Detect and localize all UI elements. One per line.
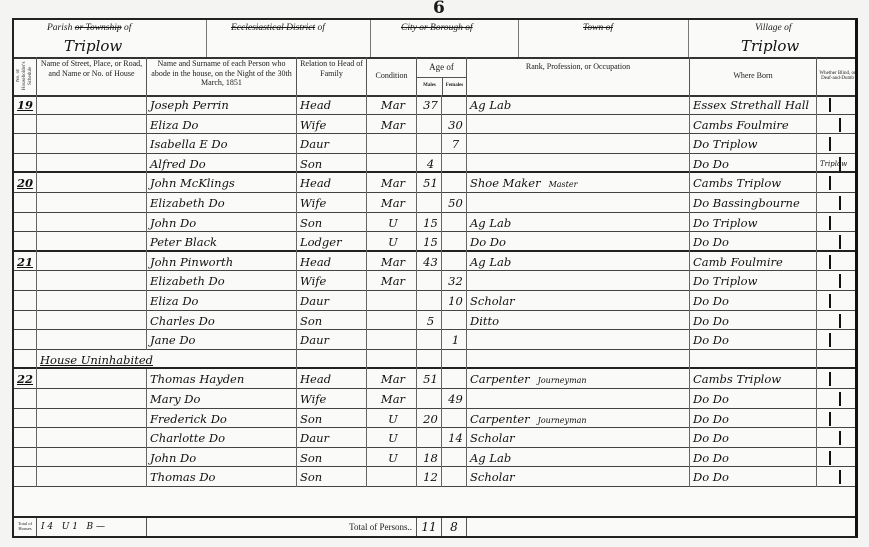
cell-schedule bbox=[14, 428, 37, 448]
cell-condition bbox=[367, 467, 417, 487]
cell-blind: Triplow bbox=[817, 154, 858, 174]
cell-occupation: Scholar bbox=[467, 291, 690, 311]
total-houses-label: Total of Houses bbox=[14, 518, 37, 536]
cell-born: Do Do bbox=[690, 467, 817, 487]
cell-name: Alfred Do bbox=[147, 154, 297, 174]
cell-name: Peter Black bbox=[147, 232, 297, 252]
cell-female bbox=[442, 154, 467, 174]
cell-blind bbox=[817, 409, 858, 429]
cell-male bbox=[417, 271, 442, 291]
cell-relation: Son bbox=[297, 448, 367, 468]
cell-name: Elizabeth Do bbox=[147, 193, 297, 213]
cell-relation: Son bbox=[297, 154, 367, 174]
cell-female: 10 bbox=[442, 291, 467, 311]
cell-male bbox=[417, 115, 442, 135]
cell-relation: Son bbox=[297, 409, 367, 429]
cell-female: 7 bbox=[442, 134, 467, 154]
cell-female bbox=[442, 95, 467, 115]
cell-schedule bbox=[14, 115, 37, 135]
city-cell: City or Borough of bbox=[371, 20, 519, 57]
tally-mark bbox=[839, 235, 841, 249]
cell-occupation: CarpenterJourneyman bbox=[467, 369, 690, 389]
cell-condition bbox=[367, 134, 417, 154]
col-name: Name and Surname of each Person who abod… bbox=[147, 57, 297, 95]
cell-address bbox=[37, 330, 147, 350]
cell-female bbox=[442, 369, 467, 389]
cell-name: Elizabeth Do bbox=[147, 271, 297, 291]
tally-mark bbox=[839, 431, 841, 445]
cell-schedule: 21 bbox=[14, 252, 37, 272]
cell-occupation: CarpenterJourneyman bbox=[467, 409, 690, 429]
person-row: 19Joseph PerrinHeadMar37Ag LabEssex Stre… bbox=[14, 95, 855, 115]
cell-relation: Daur bbox=[297, 291, 367, 311]
village-label: Village of bbox=[755, 23, 792, 33]
cell-address bbox=[37, 291, 147, 311]
tally-mark bbox=[839, 196, 841, 210]
cell-schedule bbox=[14, 330, 37, 350]
cell-blind bbox=[817, 350, 858, 370]
cell-condition: Mar bbox=[367, 115, 417, 135]
person-row: Peter BlackLodgerU15Do DoDo Do bbox=[14, 232, 855, 252]
cell-blind bbox=[817, 311, 858, 331]
houses-inhabited: I 4 bbox=[41, 522, 53, 532]
cell-relation: Daur bbox=[297, 134, 367, 154]
tally-mark bbox=[839, 157, 841, 171]
cell-male bbox=[417, 134, 442, 154]
person-row: 20John McKlingsHeadMar51Shoe MakerMaster… bbox=[14, 173, 855, 193]
houses-uninhabited: U 1 bbox=[62, 522, 78, 532]
cell-born: Do Do bbox=[690, 448, 817, 468]
census-sheet: Parish or Township of Triplow Ecclesiast… bbox=[12, 18, 858, 538]
page-number: 6 bbox=[433, 0, 445, 18]
cell-occupation: Scholar bbox=[467, 428, 690, 448]
person-row: Mary DoWifeMar49Do Do bbox=[14, 389, 855, 409]
parish-struck: or Township bbox=[75, 23, 122, 33]
cell-address bbox=[37, 409, 147, 429]
cell-schedule bbox=[14, 448, 37, 468]
cell-occupation: Ag Lab bbox=[467, 448, 690, 468]
person-row: Eliza DoWifeMar30Cambs Foulmire bbox=[14, 115, 855, 135]
cell-relation: Wife bbox=[297, 115, 367, 135]
header-places: Parish or Township of Triplow Ecclesiast… bbox=[14, 20, 855, 59]
houses-building: B — bbox=[87, 522, 105, 532]
cell-name: Mary Do bbox=[147, 389, 297, 409]
cell-male: 15 bbox=[417, 232, 442, 252]
cell-condition bbox=[367, 350, 417, 370]
town-label: Town of bbox=[583, 23, 613, 33]
cell-female: 50 bbox=[442, 193, 467, 213]
cell-relation: Wife bbox=[297, 271, 367, 291]
cell-address bbox=[37, 311, 147, 331]
cell-male: 43 bbox=[417, 252, 442, 272]
cell-born: Do Triplow bbox=[690, 271, 817, 291]
col-age: Age of Males Females bbox=[417, 57, 467, 95]
cell-schedule bbox=[14, 193, 37, 213]
tally-mark bbox=[829, 412, 831, 426]
cell-blind bbox=[817, 173, 858, 193]
cell-schedule bbox=[14, 350, 37, 370]
person-row: John DoSonU18Ag LabDo Do bbox=[14, 448, 855, 468]
parish-cell: Parish or Township of Triplow bbox=[14, 20, 207, 57]
cell-blind bbox=[817, 448, 858, 468]
cell-occupation: Ag Lab bbox=[467, 95, 690, 115]
cell-address bbox=[37, 115, 147, 135]
cell-male bbox=[417, 330, 442, 350]
cell-male: 4 bbox=[417, 154, 442, 174]
cell-condition: U bbox=[367, 409, 417, 429]
cell-born bbox=[690, 350, 817, 370]
cell-name: Thomas Hayden bbox=[147, 369, 297, 389]
tally-mark bbox=[829, 333, 831, 347]
cell-condition: Mar bbox=[367, 369, 417, 389]
cell-address bbox=[37, 389, 147, 409]
person-row: John DoSonU15Ag LabDo Triplow bbox=[14, 213, 855, 233]
village-cell: Village of Triplow bbox=[689, 20, 860, 57]
cell-blind bbox=[817, 369, 858, 389]
cell-male: 37 bbox=[417, 95, 442, 115]
cell-relation: Wife bbox=[297, 389, 367, 409]
uninhabited-house-row: House Uninhabited bbox=[14, 350, 855, 370]
tally-mark bbox=[829, 137, 831, 151]
cell-female: 1 bbox=[442, 330, 467, 350]
cell-male: 51 bbox=[417, 369, 442, 389]
cell-blind bbox=[817, 291, 858, 311]
cell-relation: Son bbox=[297, 467, 367, 487]
cell-condition bbox=[367, 291, 417, 311]
cell-condition: Mar bbox=[367, 271, 417, 291]
cell-schedule bbox=[14, 232, 37, 252]
col-condition: Condition bbox=[367, 57, 417, 95]
occupation-note: Master bbox=[549, 180, 578, 189]
cell-born: Do Bassingbourne bbox=[690, 193, 817, 213]
cell-condition: Mar bbox=[367, 193, 417, 213]
cell-condition bbox=[367, 330, 417, 350]
cell-born: Do Do bbox=[690, 154, 817, 174]
cell-blind bbox=[817, 95, 858, 115]
cell-occupation bbox=[467, 350, 690, 370]
cell-blind bbox=[817, 213, 858, 233]
cell-female bbox=[442, 213, 467, 233]
totals-row: Total of Houses I 4 U 1 B — Total of Per… bbox=[14, 516, 855, 536]
cell-female bbox=[442, 232, 467, 252]
cell-born: Do Do bbox=[690, 389, 817, 409]
cell-born: Do Do bbox=[690, 409, 817, 429]
person-row: Jane DoDaur1Do Do bbox=[14, 330, 855, 350]
person-row: Elizabeth DoWifeMar32Do Triplow bbox=[14, 271, 855, 291]
person-row: 21John PinworthHeadMar43Ag LabCamb Foulm… bbox=[14, 252, 855, 272]
cell-blind bbox=[817, 271, 858, 291]
cell-condition bbox=[367, 154, 417, 174]
cell-blind bbox=[817, 330, 858, 350]
cell-born: Do Do bbox=[690, 291, 817, 311]
cell-female: 32 bbox=[442, 271, 467, 291]
cell-male: 18 bbox=[417, 448, 442, 468]
cell-born: Cambs Triplow bbox=[690, 173, 817, 193]
cell-schedule: 19 bbox=[14, 95, 37, 115]
cell-born: Cambs Triplow bbox=[690, 369, 817, 389]
cell-schedule bbox=[14, 409, 37, 429]
tally-mark bbox=[839, 392, 841, 406]
total-houses: I 4 U 1 B — bbox=[37, 518, 147, 536]
cell-address bbox=[37, 213, 147, 233]
tally-mark bbox=[829, 294, 831, 308]
cell-address bbox=[37, 134, 147, 154]
col-age-male: Males bbox=[417, 77, 443, 95]
person-row: Charlotte DoDaurU14ScholarDo Do bbox=[14, 428, 855, 448]
tally-mark bbox=[829, 98, 831, 112]
cell-blind bbox=[817, 134, 858, 154]
city-label: City or Borough of bbox=[401, 23, 473, 33]
occupation-note: Journeyman bbox=[538, 376, 587, 385]
cell-relation: Son bbox=[297, 213, 367, 233]
cell-female bbox=[442, 173, 467, 193]
col-occupation: Rank, Profession, or Occupation bbox=[467, 57, 690, 95]
person-row: Frederick DoSonU20CarpenterJourneymanDo … bbox=[14, 409, 855, 429]
cell-female bbox=[442, 409, 467, 429]
cell-relation: Head bbox=[297, 173, 367, 193]
cell-occupation bbox=[467, 154, 690, 174]
cell-condition: Mar bbox=[367, 95, 417, 115]
tally-mark bbox=[839, 274, 841, 288]
cell-male bbox=[417, 389, 442, 409]
cell-occupation bbox=[467, 134, 690, 154]
col-relation: Relation to Head of Family bbox=[297, 57, 367, 95]
cell-address bbox=[37, 232, 147, 252]
cell-male bbox=[417, 428, 442, 448]
cell-condition: Mar bbox=[367, 389, 417, 409]
cell-occupation: Do Do bbox=[467, 232, 690, 252]
cell-address bbox=[37, 154, 147, 174]
cell-name bbox=[147, 350, 297, 370]
cell-male: 5 bbox=[417, 311, 442, 331]
cell-female: 30 bbox=[442, 115, 467, 135]
cell-occupation: Ag Lab bbox=[467, 213, 690, 233]
occupation-note: Journeyman bbox=[538, 416, 587, 425]
cell-female bbox=[442, 311, 467, 331]
ecclesiastical-cell: Ecclesiastical District of bbox=[207, 20, 371, 57]
tally-mark bbox=[829, 372, 831, 386]
cell-name: Frederick Do bbox=[147, 409, 297, 429]
tally-mark bbox=[839, 470, 841, 484]
total-males: 11 bbox=[417, 518, 442, 536]
cell-born: Do Do bbox=[690, 311, 817, 331]
cell-condition: U bbox=[367, 232, 417, 252]
cell-name: Charlotte Do bbox=[147, 428, 297, 448]
cell-female: 49 bbox=[442, 389, 467, 409]
total-females: 8 bbox=[442, 518, 467, 536]
cell-name: Joseph Perrin bbox=[147, 95, 297, 115]
cell-schedule bbox=[14, 134, 37, 154]
col-schedule: No. of Householder's Schedule bbox=[14, 57, 37, 95]
cell-name: John Do bbox=[147, 448, 297, 468]
cell-address bbox=[37, 252, 147, 272]
cell-female bbox=[442, 467, 467, 487]
cell-born: Camb Foulmire bbox=[690, 252, 817, 272]
cell-relation: Head bbox=[297, 369, 367, 389]
cell-schedule: 20 bbox=[14, 173, 37, 193]
town-cell: Town of bbox=[519, 20, 689, 57]
cell-born: Do Do bbox=[690, 330, 817, 350]
person-row: Eliza DoDaur10ScholarDo Do bbox=[14, 291, 855, 311]
cell-born: Do Triplow bbox=[690, 134, 817, 154]
cell-condition: U bbox=[367, 213, 417, 233]
col-where-born: Where Born bbox=[690, 57, 817, 95]
person-row: 22Thomas HaydenHeadMar51CarpenterJourney… bbox=[14, 369, 855, 389]
cell-address bbox=[37, 369, 147, 389]
cell-born: Cambs Foulmire bbox=[690, 115, 817, 135]
column-headers: No. of Householder's Schedule Name of St… bbox=[14, 57, 855, 97]
cell-occupation bbox=[467, 193, 690, 213]
cell-schedule bbox=[14, 271, 37, 291]
cell-relation: Head bbox=[297, 95, 367, 115]
cell-born: Do Do bbox=[690, 428, 817, 448]
cell-male: 20 bbox=[417, 409, 442, 429]
tally-mark bbox=[829, 255, 831, 269]
ecclesiastical-label: Ecclesiastical District bbox=[231, 23, 315, 33]
cell-female: 14 bbox=[442, 428, 467, 448]
cell-name: Eliza Do bbox=[147, 291, 297, 311]
cell-born: Do Do bbox=[690, 232, 817, 252]
cell-male bbox=[417, 350, 442, 370]
cell-female bbox=[442, 350, 467, 370]
cell-blind bbox=[817, 428, 858, 448]
cell-schedule bbox=[14, 213, 37, 233]
cell-occupation: Ditto bbox=[467, 311, 690, 331]
tally-mark bbox=[839, 314, 841, 328]
cell-relation: Daur bbox=[297, 428, 367, 448]
cell-schedule: 22 bbox=[14, 369, 37, 389]
tally-mark bbox=[829, 176, 831, 190]
parish-value: Triplow bbox=[64, 37, 122, 55]
cell-occupation bbox=[467, 330, 690, 350]
cell-occupation bbox=[467, 271, 690, 291]
cell-occupation bbox=[467, 115, 690, 135]
person-row: Elizabeth DoWifeMar50Do Bassingbourne bbox=[14, 193, 855, 213]
cell-relation bbox=[297, 350, 367, 370]
person-row: Thomas DoSon12ScholarDo Do bbox=[14, 467, 855, 487]
person-row: Charles DoSon5DittoDo Do bbox=[14, 311, 855, 331]
cell-name: Eliza Do bbox=[147, 115, 297, 135]
cell-address bbox=[37, 448, 147, 468]
cell-schedule bbox=[14, 311, 37, 331]
cell-occupation bbox=[467, 389, 690, 409]
cell-relation: Lodger bbox=[297, 232, 367, 252]
cell-male: 12 bbox=[417, 467, 442, 487]
cell-address bbox=[37, 193, 147, 213]
cell-blind bbox=[817, 389, 858, 409]
cell-condition: U bbox=[367, 428, 417, 448]
cell-occupation: Ag Lab bbox=[467, 252, 690, 272]
cell-address bbox=[37, 428, 147, 448]
cell-female bbox=[442, 252, 467, 272]
cell-occupation: Scholar bbox=[467, 467, 690, 487]
cell-occupation: Shoe MakerMaster bbox=[467, 173, 690, 193]
cell-male bbox=[417, 193, 442, 213]
cell-male bbox=[417, 291, 442, 311]
cell-name: John McKlings bbox=[147, 173, 297, 193]
cell-schedule bbox=[14, 291, 37, 311]
cell-born: Do Triplow bbox=[690, 213, 817, 233]
cell-condition: Mar bbox=[367, 173, 417, 193]
cell-blind bbox=[817, 193, 858, 213]
cell-condition: U bbox=[367, 448, 417, 468]
cell-schedule bbox=[14, 389, 37, 409]
cell-male: 15 bbox=[417, 213, 442, 233]
cell-name: Thomas Do bbox=[147, 467, 297, 487]
cell-name: Jane Do bbox=[147, 330, 297, 350]
tally-mark bbox=[829, 451, 831, 465]
cell-name: John Pinworth bbox=[147, 252, 297, 272]
person-row: Isabella E DoDaur7Do Triplow bbox=[14, 134, 855, 154]
village-value: Triplow bbox=[741, 37, 799, 55]
cell-condition bbox=[367, 311, 417, 331]
cell-name: Isabella E Do bbox=[147, 134, 297, 154]
parish-label: Parish bbox=[47, 23, 72, 33]
tally-mark bbox=[839, 118, 841, 132]
cell-address bbox=[37, 467, 147, 487]
cell-blind bbox=[817, 252, 858, 272]
cell-blind bbox=[817, 115, 858, 135]
cell-male: 51 bbox=[417, 173, 442, 193]
tally-mark bbox=[829, 216, 831, 230]
col-blind: Whether Blind, or Deaf-and-Dumb bbox=[817, 57, 858, 95]
col-age-female: Females bbox=[442, 77, 467, 95]
cell-blind bbox=[817, 467, 858, 487]
cell-condition: Mar bbox=[367, 252, 417, 272]
cell-name: Charles Do bbox=[147, 311, 297, 331]
cell-address bbox=[37, 271, 147, 291]
cell-relation: Head bbox=[297, 252, 367, 272]
cell-address bbox=[37, 95, 147, 115]
cell-blind bbox=[817, 232, 858, 252]
cell-schedule bbox=[14, 154, 37, 174]
col-address: Name of Street, Place, or Road, and Name… bbox=[37, 57, 147, 95]
total-persons-label: Total of Persons.. bbox=[147, 518, 417, 536]
cell-female bbox=[442, 448, 467, 468]
cell-schedule bbox=[14, 467, 37, 487]
cell-relation: Daur bbox=[297, 330, 367, 350]
cell-born: Essex Strethall Hall bbox=[690, 95, 817, 115]
cell-relation: Son bbox=[297, 311, 367, 331]
cell-name: John Do bbox=[147, 213, 297, 233]
person-row: Alfred DoSon4Do DoTriplow bbox=[14, 154, 855, 174]
cell-address bbox=[37, 173, 147, 193]
cell-relation: Wife bbox=[297, 193, 367, 213]
